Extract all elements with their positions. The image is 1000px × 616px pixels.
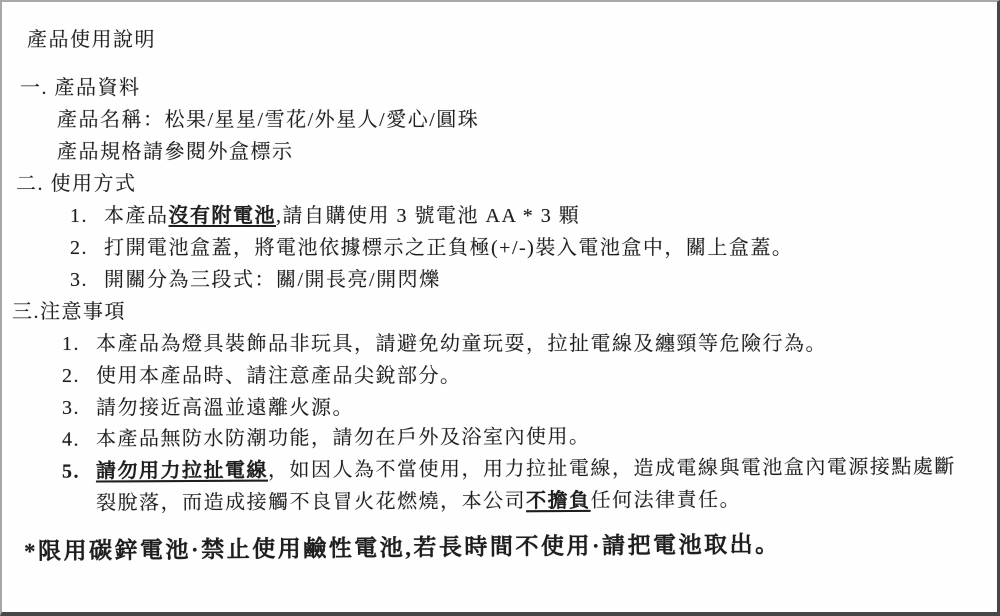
item-text: 本產品為燈具裝飾品非玩具，請避免幼童玩耍，拉扯電線及纏頸等危險行為。: [96, 328, 997, 360]
product-spec-line: 產品規格請參閱外盒標示: [57, 136, 997, 168]
list-item: 5. 請勿用力拉扯電線，如因人為不當使用，用力拉扯電線，造成電線與電池盒內電源接…: [2, 451, 997, 520]
item-text-segment: 本產品: [104, 205, 169, 227]
list-item: 2. 打開電池盒蓋，將電池依據標示之正負極(+/-)裝入電池盒中，關上盒蓋。: [2, 232, 997, 264]
section-3-heading: 三.注意事項: [12, 296, 997, 328]
product-name-line: 產品名稱：松果/星星/雪花/外星人/愛心/圓珠: [57, 104, 997, 136]
emphasis-text: 不擔負: [526, 490, 591, 512]
item-text-segment: 裂脫落，而造成接觸不良冒火花燃燒，本公司: [96, 490, 526, 514]
item-number: 5.: [62, 456, 96, 520]
section-1-heading: 一. 產品資料: [20, 72, 997, 104]
item-text: 本產品無防水防潮功能，請勿在戶外及浴室內使用。: [96, 419, 997, 456]
list-item: 2. 使用本產品時、請注意產品尖銳部分。: [2, 360, 997, 392]
item-text: 開關分為三段式：關/開長亮/開閃爍: [104, 264, 997, 296]
list-item: 3. 開關分為三段式：關/開長亮/開閃爍: [2, 264, 997, 296]
item-text: 請勿用力拉扯電線，如因人為不當使用，用力拉扯電線，造成電線與電池盒內電源接點處斷…: [96, 451, 997, 520]
item-text: 使用本產品時、請注意產品尖銳部分。: [96, 360, 997, 392]
item-number: 3.: [70, 264, 104, 296]
list-item: 4. 本產品無防水防潮功能，請勿在戶外及浴室內使用。: [2, 419, 997, 456]
item-number: 2.: [70, 232, 104, 264]
section-2-list: 1. 本產品沒有附電池,請自購使用 3 號電池 AA * 3 顆 2. 打開電池…: [2, 200, 997, 296]
scanned-instruction-sheet: 產品使用說明 一. 產品資料 產品名稱：松果/星星/雪花/外星人/愛心/圓珠 產…: [0, 0, 1000, 616]
item-number: 2.: [62, 360, 96, 392]
item-number: 1.: [70, 200, 104, 232]
item-number: 1.: [62, 328, 96, 360]
item-text-segment: ，如因人為不當使用，用力拉扯電線，造成電線與電池盒內電源接點處斷: [268, 456, 956, 482]
section-2-heading: 二. 使用方式: [16, 168, 997, 200]
item-number: 3.: [62, 392, 96, 424]
item-text-segment: ,請自購使用 3 號電池 AA * 3 顆: [276, 205, 580, 227]
document-title: 產品使用說明: [27, 24, 997, 56]
emphasis-text: 請勿用力拉扯電線: [96, 460, 268, 483]
emphasis-text: 沒有附電池: [169, 205, 277, 227]
list-item: 1. 本產品沒有附電池,請自購使用 3 號電池 AA * 3 顆: [2, 200, 997, 232]
item-text: 本產品沒有附電池,請自購使用 3 號電池 AA * 3 顆: [104, 200, 997, 232]
item-text-segment: 任何法律責任。: [591, 489, 742, 512]
battery-footnote: *限用碳鋅電池·禁止使用鹼性電池,若長時間不使用·請把電池取出。: [24, 525, 997, 570]
list-item: 1. 本產品為燈具裝飾品非玩具，請避免幼童玩耍，拉扯電線及纏頸等危險行為。: [2, 328, 997, 360]
item-text: 打開電池盒蓋，將電池依據標示之正負極(+/-)裝入電池盒中，關上盒蓋。: [104, 232, 997, 264]
section-3-list: 1. 本產品為燈具裝飾品非玩具，請避免幼童玩耍，拉扯電線及纏頸等危險行為。 2.…: [2, 328, 997, 520]
item-number: 4.: [62, 424, 96, 456]
